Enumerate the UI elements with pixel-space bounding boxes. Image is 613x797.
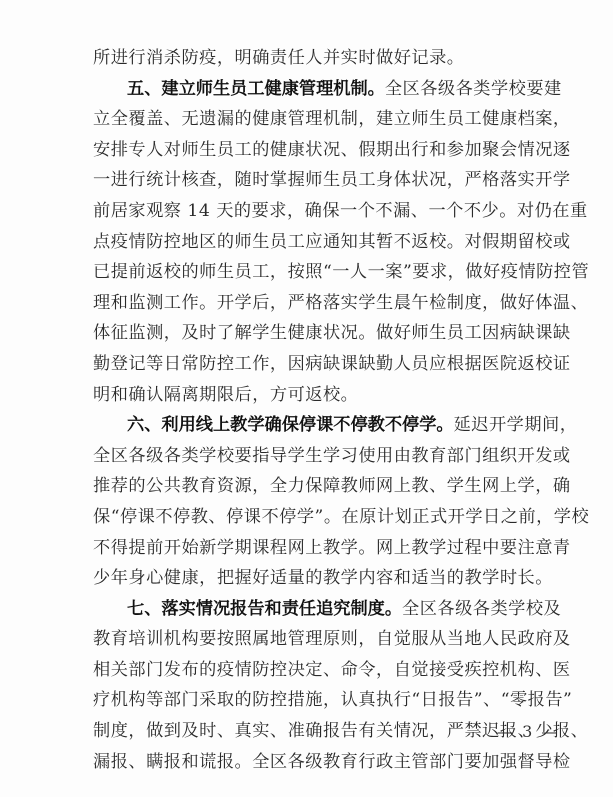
paragraph-line: 一进行统计核查，随时掌握师生员工身体状况，严格落实开学	[93, 165, 549, 196]
line-text: 相关部门发布的疫情防控决定、命令，自觉接受疾控机构、医	[93, 660, 571, 680]
section-heading-line: 七、落实情况报告和责任追究制度。全区各级各类学校及	[93, 594, 549, 625]
line-text: 不得提前开始新学期课程网上教学。网上教学过程中要注意青	[93, 538, 571, 558]
paragraph-line: 立全覆盖、无遗漏的健康管理机制，建立师生员工健康档案，	[93, 104, 549, 135]
paragraph-line: 漏报、瞒报和谎报。全区各级教育行政主管部门要加强督导检	[93, 747, 549, 778]
paragraph-line: 不得提前开始新学期课程网上教学。网上教学过程中要注意青	[93, 533, 549, 564]
paragraph-line: 疗机构等部门采取的防控措施，认真执行“日报告”、“零报告”	[93, 685, 549, 716]
paragraph-line: 体征监测，及时了解学生健康状况。做好师生员工因病缺课缺	[93, 318, 549, 349]
line-text: 少年身心健康，把握好适量的教学内容和适当的教学时长。	[93, 568, 553, 588]
paragraph-line: 勤登记等日常防控工作，因病缺课缺勤人员应根据医院返校证	[93, 349, 549, 380]
line-text: 安排专人对师生员工的健康状况、假期出行和参加聚会情况逐	[93, 140, 571, 160]
line-text: 已提前返校的师生员工，按照“一人一案”要求，做好疫情防控管	[93, 262, 589, 282]
paragraph-line: 已提前返校的师生员工，按照“一人一案”要求，做好疫情防控管	[93, 257, 549, 288]
line-text: 所进行消杀防疫，明确责任人并实时做好记录。	[93, 48, 464, 68]
line-text: 立全覆盖、无遗漏的健康管理机制，建立师生员工健康档案，	[93, 109, 571, 129]
line-text: 勤登记等日常防控工作，因病缺课缺勤人员应根据医院返校证	[93, 354, 571, 374]
line-text: 明和确认隔离期限后，方可返校。	[93, 385, 358, 405]
paragraph-line: 制度，做到及时、真实、准确报告有关情况，严禁迟报、少报、	[93, 716, 549, 747]
line-text: 疗机构等部门采取的防控措施，认真执行“日报告”、“零报告”	[93, 690, 572, 710]
paragraph-line: 教育培训机构要按照属地管理原则，自觉服从当地人民政府及	[93, 624, 549, 655]
line-text: 保“停课不停教、停课不停学”。在原计划正式开学日之前，学校	[93, 507, 589, 527]
document-body: 所进行消杀防疫，明确责任人并实时做好记录。五、建立师生员工健康管理机制。全区各级…	[93, 43, 549, 777]
line-text: 一进行统计核查，随时掌握师生员工身体状况，严格落实开学	[93, 170, 571, 190]
line-text: 理和监测工作。开学后，严格落实学生晨午检制度，做好体温、	[93, 293, 588, 313]
paragraph-line: 少年身心健康，把握好适量的教学内容和适当的教学时长。	[93, 563, 549, 594]
line-text: 漏报、瞒报和谎报。全区各级教育行政主管部门要加强督导检	[93, 752, 571, 772]
line-text: 体征监测，及时了解学生健康状况。做好师生员工因病缺课缺	[93, 323, 571, 343]
line-text: 前居家观察 14 天的要求，确保一个不漏、一个不少。对仍在重	[93, 201, 588, 221]
section-heading-line: 六、利用线上教学确保停课不停教不停学。延迟开学期间，	[93, 410, 549, 441]
section-heading: 六、利用线上教学确保停课不停教不停学。	[127, 415, 454, 435]
line-text: 教育培训机构要按照属地管理原则，自觉服从当地人民政府及	[93, 629, 571, 649]
page-number: — 3 —	[497, 722, 559, 741]
paragraph-line: 推荐的公共教育资源，全力保障教师网上教、学生网上学，确	[93, 471, 549, 502]
line-text: 推荐的公共教育资源，全力保障教师网上教、学生网上学，确	[93, 476, 571, 496]
document-page: 所进行消杀防疫，明确责任人并实时做好记录。五、建立师生员工健康管理机制。全区各级…	[0, 0, 613, 797]
line-text: 延迟开学期间，	[454, 415, 578, 435]
line-text: 全区各级各类学校要建	[385, 79, 562, 99]
paragraph-line: 所进行消杀防疫，明确责任人并实时做好记录。	[93, 43, 549, 74]
paragraph-line: 保“停课不停教、停课不停学”。在原计划正式开学日之前，学校	[93, 502, 549, 533]
section-heading: 五、建立师生员工健康管理机制。	[127, 79, 385, 99]
paragraph-line: 明和确认隔离期限后，方可返校。	[93, 380, 549, 411]
paragraph-line: 前居家观察 14 天的要求，确保一个不漏、一个不少。对仍在重	[93, 196, 549, 227]
paragraph-line: 相关部门发布的疫情防控决定、命令，自觉接受疾控机构、医	[93, 655, 549, 686]
paragraph-line: 安排专人对师生员工的健康状况、假期出行和参加聚会情况逐	[93, 135, 549, 166]
line-text: 点疫情防控地区的师生员工应通知其暂不返校。对假期留校或	[93, 232, 571, 252]
line-text: 全区各级各类学校及	[402, 599, 561, 619]
section-heading-line: 五、建立师生员工健康管理机制。全区各级各类学校要建	[93, 74, 549, 105]
section-heading: 七、落实情况报告和责任追究制度。	[127, 599, 402, 619]
paragraph-line: 理和监测工作。开学后，严格落实学生晨午检制度，做好体温、	[93, 288, 549, 319]
paragraph-line: 点疫情防控地区的师生员工应通知其暂不返校。对假期留校或	[93, 227, 549, 258]
line-text: 全区各级各类学校要指导学生学习使用由教育部门组织开发或	[93, 446, 571, 466]
paragraph-line: 全区各级各类学校要指导学生学习使用由教育部门组织开发或	[93, 441, 549, 472]
